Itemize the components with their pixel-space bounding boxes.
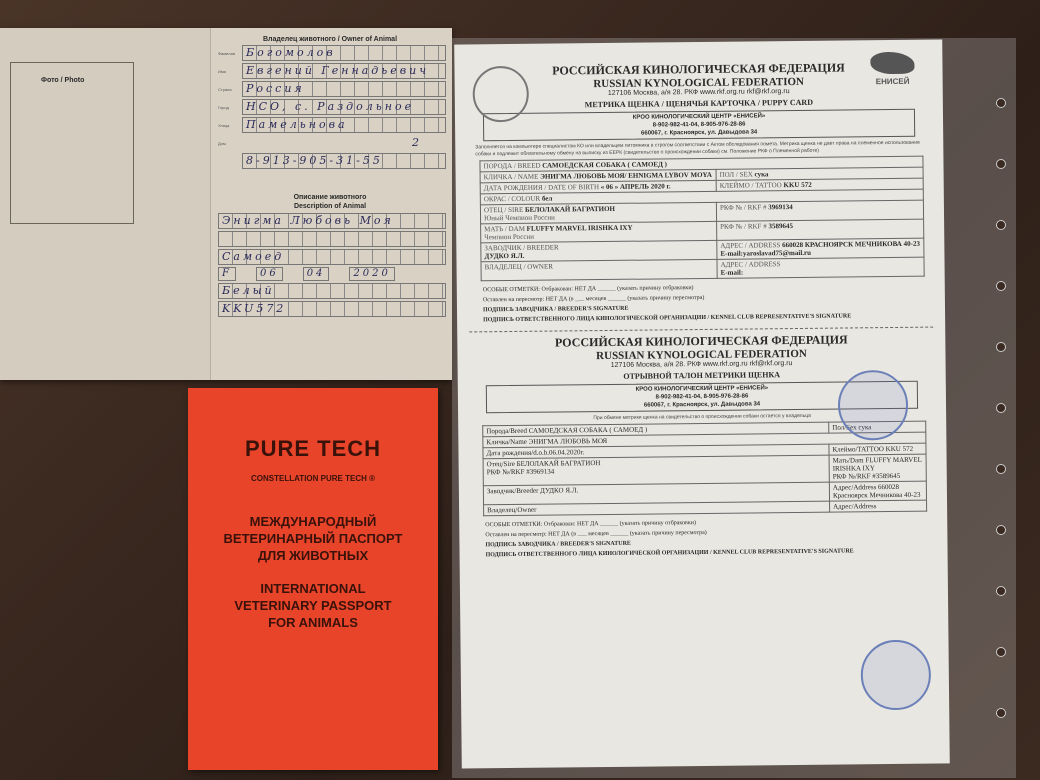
puppy-card-form: ПОРОДА / BREED САМОЕДСКАЯ СОБАКА ( САМОЕ… xyxy=(479,156,924,282)
club-info: КРОО КИНОЛОГИЧЕСКИЙ ЦЕНТР «ЕНИСЕЙ» 8-902… xyxy=(483,109,915,142)
photo-page: Фото / Photo xyxy=(0,28,211,380)
animal-sex: F xyxy=(218,267,236,281)
club-stamp-icon xyxy=(838,370,909,441)
brand-subtitle: CONSTELLATION PURE TECH ® xyxy=(188,474,438,483)
birth-month: 04 xyxy=(303,267,330,281)
owner-name: Евгений Геннадьевич xyxy=(246,64,429,77)
animal-breed: Самоед xyxy=(222,250,284,263)
name-value: ЭНИГМА ЛЮБОВЬ МОЯ/ EHNIGMA LYBOV MOYA xyxy=(540,171,712,181)
passport-title-ru: МЕЖДУНАРОДНЫЙ ВЕТЕРИНАРНЫЙ ПАСПОРТ ДЛЯ Ж… xyxy=(188,513,438,564)
passport-booklet-open: Фото / Photo Владелец животного / Owner … xyxy=(0,28,452,380)
owner-city: НСО, с. Раздольное xyxy=(246,100,414,113)
owner-page: Владелец животного / Owner of Animal Фам… xyxy=(214,28,446,380)
owner-country: Россия xyxy=(246,82,305,95)
owner-phone: 8-913-905-31-55 xyxy=(246,154,383,167)
brand-logo: PURE TECH xyxy=(188,436,438,462)
veterinary-passport-cover: PURE TECH CONSTELLATION PURE TECH ® МЕЖД… xyxy=(188,388,438,770)
photo-box: Фото / Photo xyxy=(10,62,134,224)
passport-title-en: INTERNATIONAL VETERINARY PASSPORT FOR AN… xyxy=(188,580,438,631)
description-title-en: Description of Animal xyxy=(214,202,446,211)
animal-marks: KKU572 xyxy=(222,302,286,315)
punch-holes xyxy=(996,98,1010,718)
puppy-card: ЕНИСЕЙ РОССИЙСКАЯ КИНОЛОГИЧЕСКАЯ ФЕДЕРАЦ… xyxy=(454,39,950,768)
animal-colour: Белый xyxy=(222,284,275,297)
animal-name: Энигма Любовь Моя xyxy=(222,214,394,227)
birth-year: 2020 xyxy=(349,267,394,281)
description-title-ru: Описание животного xyxy=(214,193,446,202)
photo-label: Фото / Photo xyxy=(41,77,84,84)
birth-day: 06 xyxy=(256,267,283,281)
breed-value: САМОЕДСКАЯ СОБАКА ( САМОЕД ) xyxy=(542,160,667,169)
dob-value: « 06 » АПРЕЛЬ 2020 г. xyxy=(601,182,671,191)
owner-street: Памельнова xyxy=(246,118,348,131)
enisey-wolf-logo-icon: ЕНИСЕЙ xyxy=(870,52,914,86)
rkf-logo-icon xyxy=(472,66,529,123)
club-stamp-icon-2 xyxy=(860,640,931,711)
owner-surname: Богомолов xyxy=(246,46,336,59)
owner-flat: 2 xyxy=(412,136,422,149)
owner-section-title: Владелец животного / Owner of Animal xyxy=(214,36,446,43)
special-marks: ОСОБЫЕ ОТМЕТКИ: Отбракован: НЕТ ДА _____… xyxy=(483,281,923,326)
